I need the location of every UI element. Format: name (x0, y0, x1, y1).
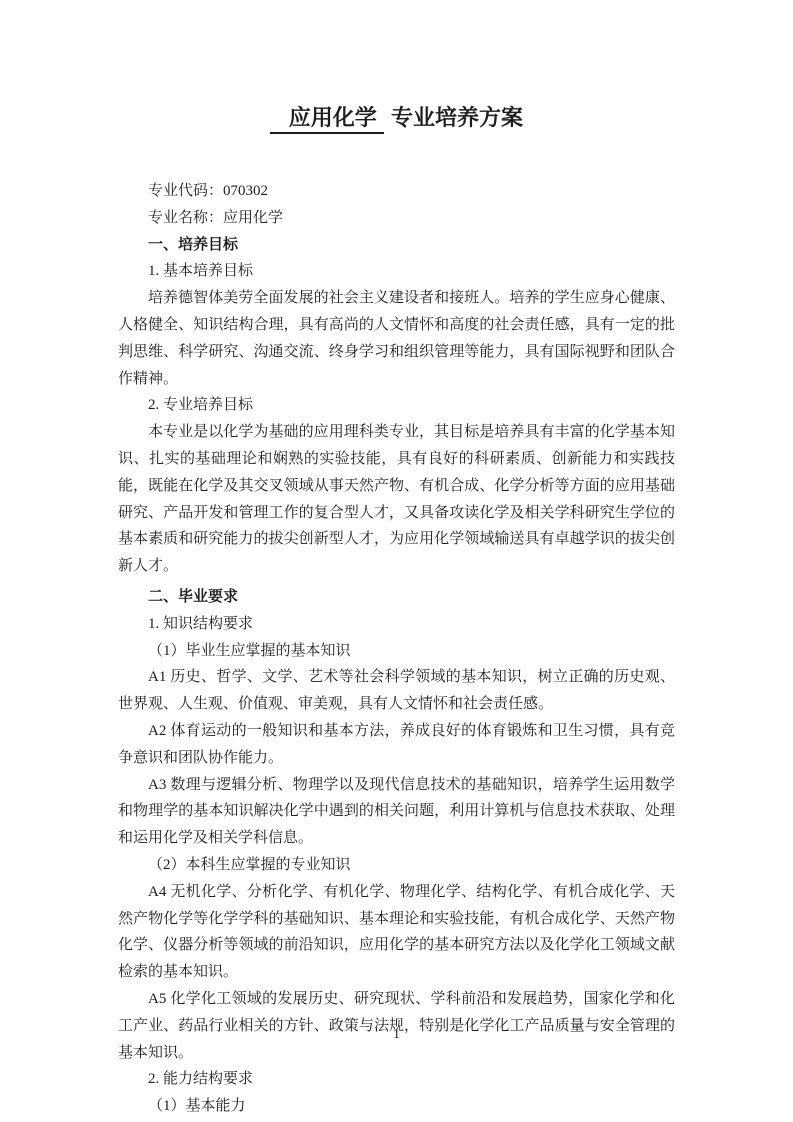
document-content: 应用化学专业培养方案 专业代码：070302 专业名称：应用化学 一、培养目标 … (118, 104, 675, 1120)
body-paragraph-a2: A2 体育运动的一般知识和基本方法，养成良好的体育锻炼和卫生习惯，具有竞争意识和… (118, 718, 675, 772)
major-code-value: 070302 (223, 183, 268, 199)
document-page: 应用化学专业培养方案 专业代码：070302 专业名称：应用化学 一、培养目标 … (0, 0, 793, 1122)
document-title: 应用化学专业培养方案 (118, 104, 675, 132)
body-paragraph-major-objective: 本专业是以化学为基础的应用理科类专业，其目标是培养具有丰富的化学基本知识、扎实的… (118, 419, 675, 580)
subsection-label-knowledge-structure: 1. 知识结构要求 (118, 611, 675, 638)
subsection-label-basic-objective: 1. 基本培养目标 (118, 258, 675, 285)
major-code-label: 专业代码： (148, 183, 223, 199)
document-title-suffix: 专业培养方案 (391, 105, 523, 130)
body-paragraph-basic-objective: 培养德智体美劳全面发展的社会主义建设者和接班人。培养的学生应身心健康、人格健全、… (118, 285, 675, 392)
subsection-label-basic-ability: （1）基本能力 (118, 1093, 675, 1120)
major-name-label: 专业名称： (148, 210, 223, 226)
section-heading-graduation-requirements: 二、毕业要求 (118, 584, 675, 611)
section-heading-training-objectives: 一、培养目标 (118, 232, 675, 259)
major-name-value: 应用化学 (223, 210, 283, 226)
body-paragraph-a1: A1 历史、哲学、文学、艺术等社会科学领域的基本知识，树立正确的历史观、世界观、… (118, 664, 675, 718)
body-paragraph-a4: A4 无机化学、分析化学、有机化学、物理化学、结构化学、有机合成化学、天然产物化… (118, 879, 675, 986)
document-title-major: 应用化学 (270, 105, 384, 134)
major-name-line: 专业名称：应用化学 (118, 205, 675, 232)
subsection-label-major-objective: 2. 专业培养目标 (118, 392, 675, 419)
body-paragraph-a3: A3 数理与逻辑分析、物理学以及现代信息技术的基础知识，培养学生运用数学和物理学… (118, 772, 675, 852)
subsection-label-professional-knowledge: （2）本科生应掌握的专业知识 (118, 852, 675, 879)
subsection-label-ability-structure: 2. 能力结构要求 (118, 1066, 675, 1093)
major-code-line: 专业代码：070302 (118, 178, 675, 205)
page-number: 1 (0, 1026, 793, 1042)
subsection-label-basic-knowledge: （1）毕业生应掌握的基本知识 (118, 638, 675, 665)
